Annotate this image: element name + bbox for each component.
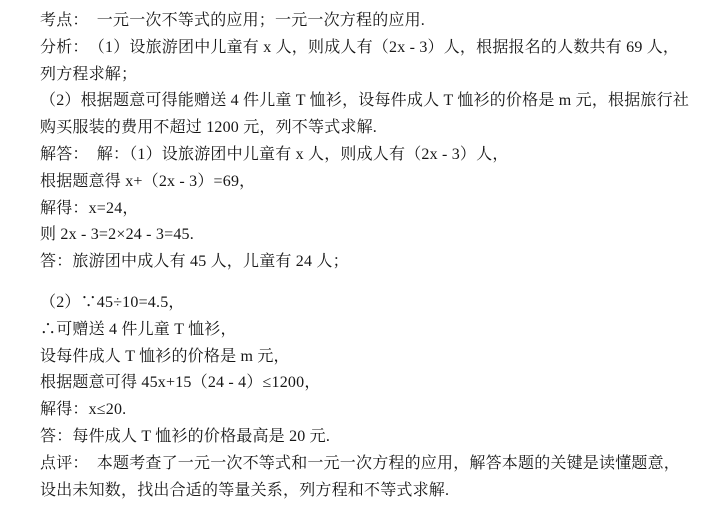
text-line: 考点： 一元一次不等式的应用；一元一次方程的应用. — [40, 8, 711, 35]
text-line: 列方程求解； — [40, 62, 711, 89]
text-line: 根据题意可得 45x+15（24 - 4）≤1200， — [40, 370, 711, 397]
text-line: 分析： （1）设旅游团中儿童有 x 人，则成人有（2x - 3）人，根据报名的人… — [40, 35, 711, 62]
text-line: 设出未知数，找出合适的等量关系，列方程和不等式求解. — [40, 478, 711, 505]
text-line: 购买服装的费用不超过 1200 元，列不等式求解. — [40, 115, 711, 142]
text-line: 解得：x≤20. — [40, 397, 711, 424]
document-body: 考点： 一元一次不等式的应用；一元一次方程的应用.分析： （1）设旅游团中儿童有… — [40, 8, 711, 504]
text-line: 解答： 解：（1）设旅游团中儿童有 x 人，则成人有（2x - 3）人， — [40, 142, 711, 169]
text-line: 根据题意得 x+（2x - 3）=69， — [40, 169, 711, 196]
text-line: 解得：x=24， — [40, 196, 711, 223]
blank-line — [40, 276, 711, 290]
text-line: 点评： 本题考查了一元一次不等式和一元一次方程的应用，解答本题的关键是读懂题意， — [40, 451, 711, 478]
text-line: 设每件成人 T 恤衫的价格是 m 元， — [40, 344, 711, 371]
text-line: 答：每件成人 T 恤衫的价格最高是 20 元. — [40, 424, 711, 451]
text-line: 则 2x - 3=2×24 - 3=45. — [40, 222, 711, 249]
text-line: ∴可赠送 4 件儿童 T 恤衫， — [40, 317, 711, 344]
text-line: 答：旅游团中成人有 45 人，儿童有 24 人； — [40, 249, 711, 276]
document-page: 考点： 一元一次不等式的应用；一元一次方程的应用.分析： （1）设旅游团中儿童有… — [0, 0, 719, 508]
text-line: （2）根据题意可得能赠送 4 件儿童 T 恤衫，设每件成人 T 恤衫的价格是 m… — [40, 88, 711, 115]
text-line: （2）∵45÷10=4.5， — [40, 290, 711, 317]
